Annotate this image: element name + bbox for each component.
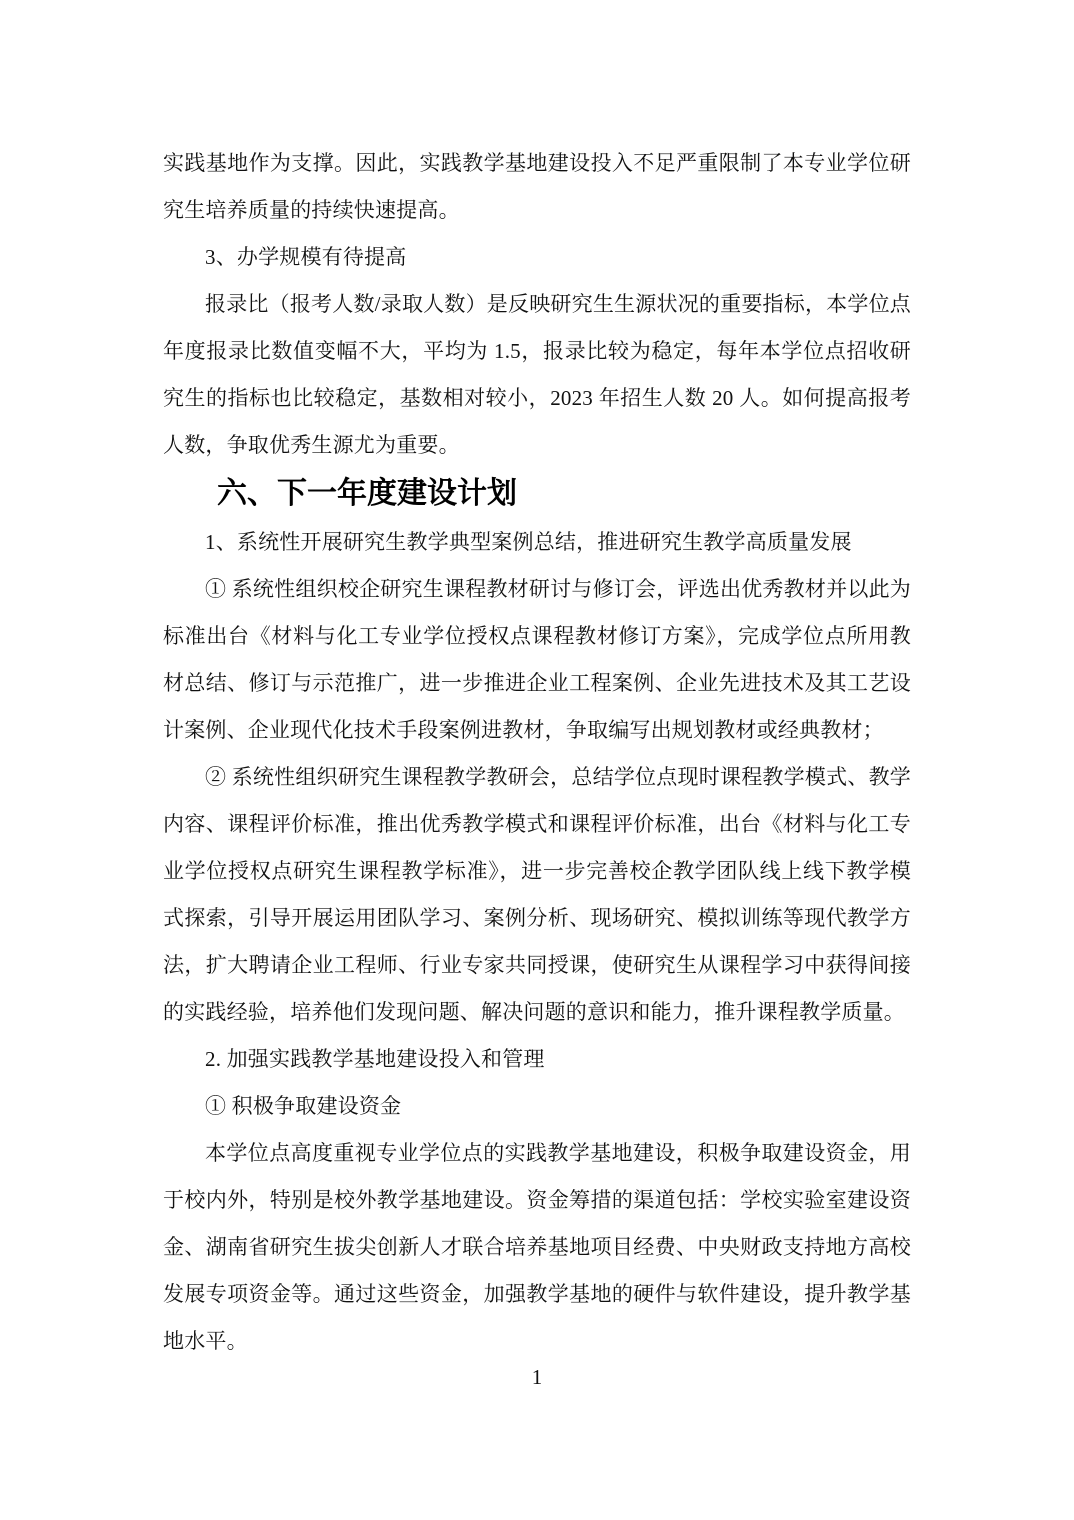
paragraph: ① 积极争取建设资金: [163, 1083, 911, 1130]
paragraph: 实践基地作为支撑。因此，实践教学基地建设投入不足严重限制了本专业学位研究生培养质…: [163, 140, 911, 234]
paragraph: 报录比（报考人数/录取人数）是反映研究生生源状况的重要指标，本学位点年度报录比数…: [163, 281, 911, 469]
paragraph: 1、系统性开展研究生教学典型案例总结，推进研究生教学高质量发展: [163, 519, 911, 566]
paragraph: 本学位点高度重视专业学位点的实践教学基地建设，积极争取建设资金，用于校内外，特别…: [163, 1130, 911, 1365]
paragraph: 2. 加强实践教学基地建设投入和管理: [163, 1036, 911, 1083]
paragraph: 3、办学规模有待提高: [163, 234, 911, 281]
section-heading: 六、下一年度建设计划: [163, 469, 911, 519]
page-number: 1: [0, 1362, 1074, 1392]
paragraph: ① 系统性组织校企研究生课程教材研讨与修订会，评选出优秀教材并以此为标准出台《材…: [163, 566, 911, 754]
document-content: 实践基地作为支撑。因此，实践教学基地建设投入不足严重限制了本专业学位研究生培养质…: [163, 140, 911, 1365]
paragraph: ② 系统性组织研究生课程教学教研会，总结学位点现时课程教学模式、教学内容、课程评…: [163, 754, 911, 1036]
document-page: 实践基地作为支撑。因此，实践教学基地建设投入不足严重限制了本专业学位研究生培养质…: [0, 0, 1074, 1520]
